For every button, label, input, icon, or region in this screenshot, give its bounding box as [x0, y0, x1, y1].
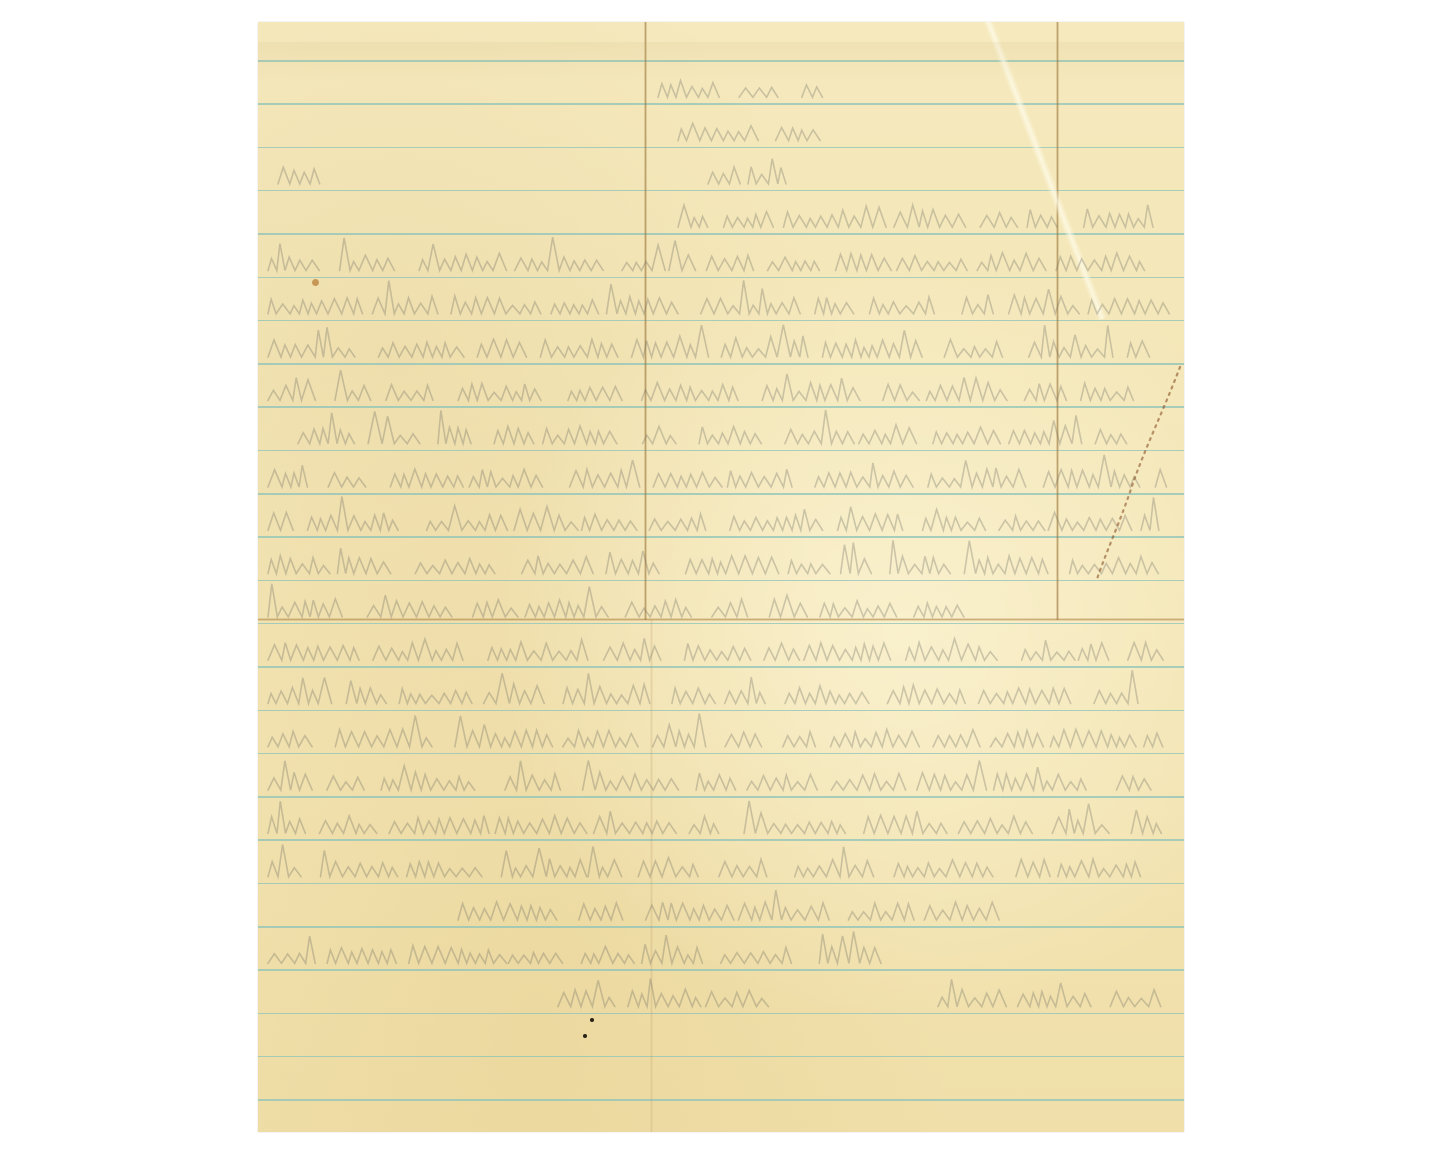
ruled-line	[258, 190, 1184, 192]
ruled-line	[258, 580, 1184, 582]
top-edge-discoloration	[258, 42, 1184, 82]
ruled-line	[258, 839, 1184, 841]
horizontal-fold	[258, 618, 1184, 621]
ruled-line	[258, 493, 1184, 495]
ruled-line	[258, 406, 1184, 408]
ruled-line	[258, 926, 1184, 928]
page-canvas: handwritten letter (scanned page)	[0, 0, 1445, 1156]
ruled-line	[258, 969, 1184, 971]
ruled-line	[258, 710, 1184, 712]
ruled-line	[258, 103, 1184, 105]
ruled-line	[258, 623, 1184, 625]
ruled-line	[258, 363, 1184, 365]
ruled-line	[258, 277, 1184, 279]
ink-dot	[590, 1018, 594, 1022]
ruled-line	[258, 233, 1184, 235]
ruled-line	[258, 1056, 1184, 1058]
rust-speckle-trail	[1096, 367, 1180, 582]
ink-dot	[583, 1034, 587, 1038]
letter-page: handwritten letter (scanned page)	[258, 22, 1184, 1132]
ruled-line	[258, 450, 1184, 452]
ruled-line	[258, 666, 1184, 668]
stain-spot	[312, 279, 319, 286]
ruled-line	[258, 147, 1184, 149]
ruled-line	[258, 536, 1184, 538]
ruled-line	[258, 883, 1184, 885]
vertical-fold-right	[1056, 22, 1059, 620]
ruled-line	[258, 753, 1184, 755]
ruled-line	[258, 1099, 1184, 1101]
vertical-fold-left-lower	[650, 620, 653, 1132]
handwriting-bleed-through	[258, 22, 1184, 1132]
ruled-line	[258, 1013, 1184, 1015]
ruled-line	[258, 796, 1184, 798]
ruled-line	[258, 320, 1184, 322]
vertical-fold-left	[644, 22, 647, 620]
